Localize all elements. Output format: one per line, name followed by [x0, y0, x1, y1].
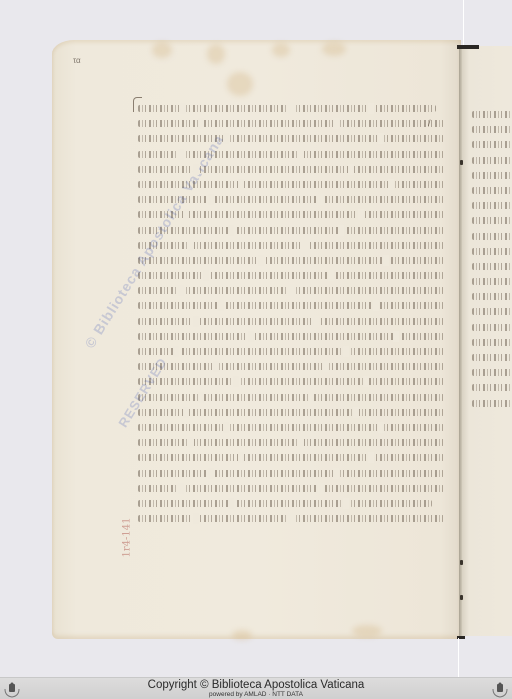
- text-line: [138, 481, 444, 496]
- text-line: [472, 153, 512, 168]
- manuscript-text-block: [138, 101, 444, 526]
- copyright-footer: Copyright © Biblioteca Apostolica Vatica…: [0, 677, 512, 699]
- stain: [272, 43, 290, 57]
- text-line: [138, 374, 444, 389]
- corner-annotation: τα: [73, 56, 81, 65]
- text-line: [472, 168, 512, 183]
- vatican-library-emblem-icon: [490, 680, 510, 698]
- text-line: [472, 183, 512, 198]
- text-line: [472, 198, 512, 213]
- text-line: [138, 177, 444, 192]
- text-line: [138, 268, 444, 283]
- stain: [152, 42, 172, 58]
- page-gutter: [459, 46, 462, 638]
- text-line: [138, 359, 444, 374]
- text-line: [472, 213, 512, 228]
- text-line: [472, 107, 512, 122]
- text-line: [138, 314, 444, 329]
- text-line: [138, 101, 444, 116]
- text-line: [472, 380, 512, 395]
- text-line: [138, 162, 444, 177]
- text-line: [138, 511, 444, 526]
- text-line: [138, 496, 444, 511]
- folio-number: 1r4-141: [121, 518, 132, 558]
- text-line: [138, 131, 444, 146]
- text-line: [472, 396, 512, 411]
- text-line: [472, 335, 512, 350]
- text-line: [472, 365, 512, 380]
- text-line: [472, 289, 512, 304]
- right-page-text-block: [472, 107, 512, 411]
- binding-thread: [460, 160, 463, 165]
- text-line: [138, 435, 444, 450]
- powered-by-text: powered by AMLAD · NTT DATA: [0, 691, 512, 699]
- text-line: [138, 147, 444, 162]
- text-line: [138, 466, 444, 481]
- text-line: [472, 274, 512, 289]
- text-line: [138, 329, 444, 344]
- text-line: [138, 420, 444, 435]
- text-line: [138, 116, 444, 131]
- viewer-divider: [458, 638, 459, 677]
- text-line: [138, 390, 444, 405]
- stain: [232, 630, 252, 640]
- text-line: [472, 244, 512, 259]
- text-line: [472, 122, 512, 137]
- text-line: [138, 298, 444, 313]
- binding-thread: [460, 595, 463, 600]
- text-line: [138, 223, 444, 238]
- text-line: [472, 229, 512, 244]
- stain: [322, 42, 346, 56]
- viewer-divider: [463, 0, 464, 45]
- text-line: [138, 405, 444, 420]
- stain: [207, 44, 225, 64]
- text-line: [138, 238, 444, 253]
- binding-edge-top: [457, 45, 479, 49]
- text-line: [138, 207, 444, 222]
- text-line: [138, 192, 444, 207]
- stain: [227, 72, 253, 96]
- text-line: [138, 253, 444, 268]
- text-line: [472, 304, 512, 319]
- text-line: [472, 137, 512, 152]
- binding-thread: [460, 560, 463, 565]
- text-line: [472, 350, 512, 365]
- image-viewer[interactable]: τα © Biblioteca Apostolica Vaticana RESE…: [0, 0, 512, 677]
- text-line: [138, 450, 444, 465]
- text-line: [472, 259, 512, 274]
- text-line: [138, 283, 444, 298]
- text-line: [472, 320, 512, 335]
- text-line: [138, 344, 444, 359]
- stain: [352, 625, 382, 637]
